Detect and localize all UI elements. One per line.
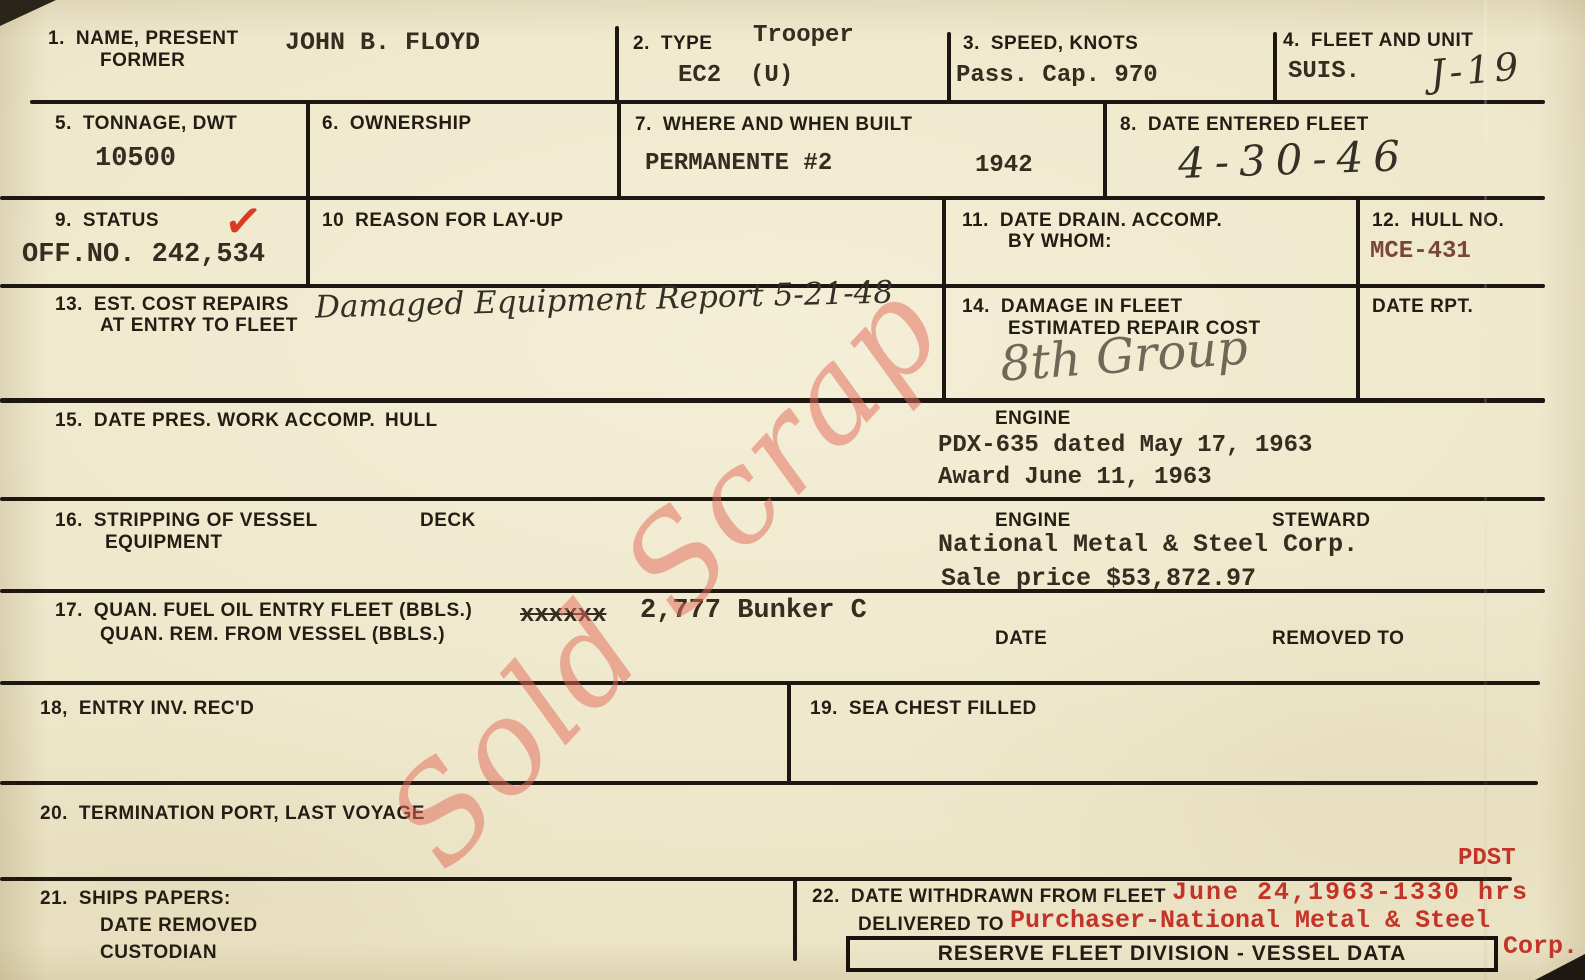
rule-line <box>947 32 951 102</box>
field17-date-column-label: DATE <box>995 628 1047 650</box>
rule-line <box>1356 198 1360 400</box>
field7-built-place-value: PERMANENTE #2 <box>645 150 832 177</box>
field17-removed-to-column-label: REMOVED TO <box>1272 628 1404 650</box>
rule-line <box>1273 32 1277 102</box>
field4-fleet-unit-label: 4.FLEET AND UNIT <box>1283 30 1473 52</box>
field9-official-number-value: OFF.NO. 242,534 <box>22 240 265 270</box>
rule-line <box>306 198 310 286</box>
rule-line <box>617 102 621 198</box>
field1-ship-name-value: JOHN B. FLOYD <box>285 28 480 57</box>
field9-status-label: 9.STATUS <box>55 210 159 232</box>
field22-withdrawn-label: 22.DATE WITHDRAWN FROM FLEET <box>812 886 1166 908</box>
field13-cost-repairs-label: 13.EST. COST REPAIRS <box>55 294 289 316</box>
rule-line <box>615 26 619 102</box>
field15-engine-value2: Award June 11, 1963 <box>938 464 1212 491</box>
rule-line <box>793 879 797 961</box>
field21-ships-papers-label: 21.SHIPS PAPERS: <box>40 888 231 910</box>
field16-sale-price-value: Sale price $53,872.97 <box>941 564 1256 593</box>
field16-equipment-label: EQUIPMENT <box>105 532 222 554</box>
field22-withdrawn-date-red: June 24,1963-1330 hrs <box>1172 878 1529 907</box>
rule-line <box>0 681 1540 685</box>
field5-tonnage-label: 5.TONNAGE, DWT <box>55 113 237 135</box>
field1-former-label: FORMER <box>100 50 185 72</box>
field21-custodian-label: CUSTODIAN <box>100 942 217 964</box>
field11-bywhom-label: BY WHOM: <box>1008 231 1112 253</box>
field15-date-pres-label: 15.DATE PRES. WORK ACCOMP. <box>55 410 375 432</box>
field22-purchaser-red: Purchaser-National Metal & Steel <box>1010 906 1490 935</box>
field2-type-value-top: Trooper <box>753 22 854 49</box>
scan-corner-mark <box>0 0 56 26</box>
field16-deck-column-label: DECK <box>420 510 476 532</box>
field2-type-label: 2.TYPE <box>633 33 712 55</box>
reserve-fleet-banner: RESERVE FLEET DIVISION - VESSEL DATA <box>846 936 1498 972</box>
rule-line <box>0 589 1545 593</box>
field5-tonnage-value: 10500 <box>95 144 176 174</box>
field17-removed-vessel-label: QUAN. REM. FROM VESSEL (BBLS.) <box>100 624 445 646</box>
field22-corp-red: Corp. <box>1503 932 1578 961</box>
sold-scrap-handwriting: Sold Scrap <box>359 255 971 896</box>
rule-line <box>306 102 310 198</box>
field6-ownership-label: 6.OWNERSHIP <box>322 113 472 135</box>
field17-fuel-oil-label: 17.QUAN. FUEL OIL ENTRY FLEET (BBLS.) <box>55 600 472 622</box>
field3-speed-label: 3.SPEED, KNOTS <box>963 33 1138 55</box>
field13-entry-fleet-label: AT ENTRY TO FLEET <box>100 315 298 337</box>
field16-stripping-label: 16.STRIPPING OF VESSEL <box>55 510 318 532</box>
field10-layup-label: 10REASON FOR LAY-UP <box>322 210 564 232</box>
field14-damage-label: 14.DAMAGE IN FLEET <box>962 296 1183 318</box>
field3-speed-value: Pass. Cap. 970 <box>956 62 1158 89</box>
field16-engine-column-label: ENGINE <box>995 510 1071 532</box>
field12-hullno-value: MCE-431 <box>1370 238 1471 265</box>
date-rpt-label: DATE RPT. <box>1372 296 1473 318</box>
vessel-data-card: 1.NAME, PRESENT FORMER JOHN B. FLOYD 2.T… <box>0 0 1585 980</box>
field18-entry-inv-label: 18,ENTRY INV. REC'D <box>40 698 254 720</box>
field7-built-year-value: 1942 <box>975 152 1033 179</box>
rule-line <box>0 781 1538 785</box>
field7-built-label: 7.WHERE AND WHEN BUILT <box>635 114 912 136</box>
field21-date-removed-label: DATE REMOVED <box>100 915 258 937</box>
rule-line <box>787 683 791 783</box>
field11-drain-label: 11.DATE DRAIN. ACCOMP. <box>962 210 1222 232</box>
field19-sea-chest-label: 19.SEA CHEST FILLED <box>810 698 1037 720</box>
field16-buyer-value: National Metal & Steel Corp. <box>938 530 1358 559</box>
field4-fleet-value: SUIS. <box>1288 58 1360 85</box>
field15-engine-value1: PDX-635 dated May 17, 1963 <box>938 432 1312 459</box>
field15-hull-column-label: HULL <box>385 410 438 432</box>
rule-line <box>30 100 1545 104</box>
field2-type-value: EC2 (U) <box>678 62 793 89</box>
field16-steward-column-label: STEWARD <box>1272 510 1371 532</box>
field20-termination-port-label: 20.TERMINATION PORT, LAST VOYAGE <box>40 803 425 825</box>
rule-line <box>1103 102 1107 198</box>
paper-crease <box>1484 0 1487 980</box>
field8-date-handwritten: 4-30-46 <box>1177 131 1411 188</box>
field22-delivered-to-label: DELIVERED TO <box>858 914 1004 936</box>
field1-name-present-label: 1.NAME, PRESENT <box>48 28 239 50</box>
field15-engine-column-label: ENGINE <box>995 408 1071 430</box>
field4-unit-handwritten: J-19 <box>1428 44 1524 96</box>
